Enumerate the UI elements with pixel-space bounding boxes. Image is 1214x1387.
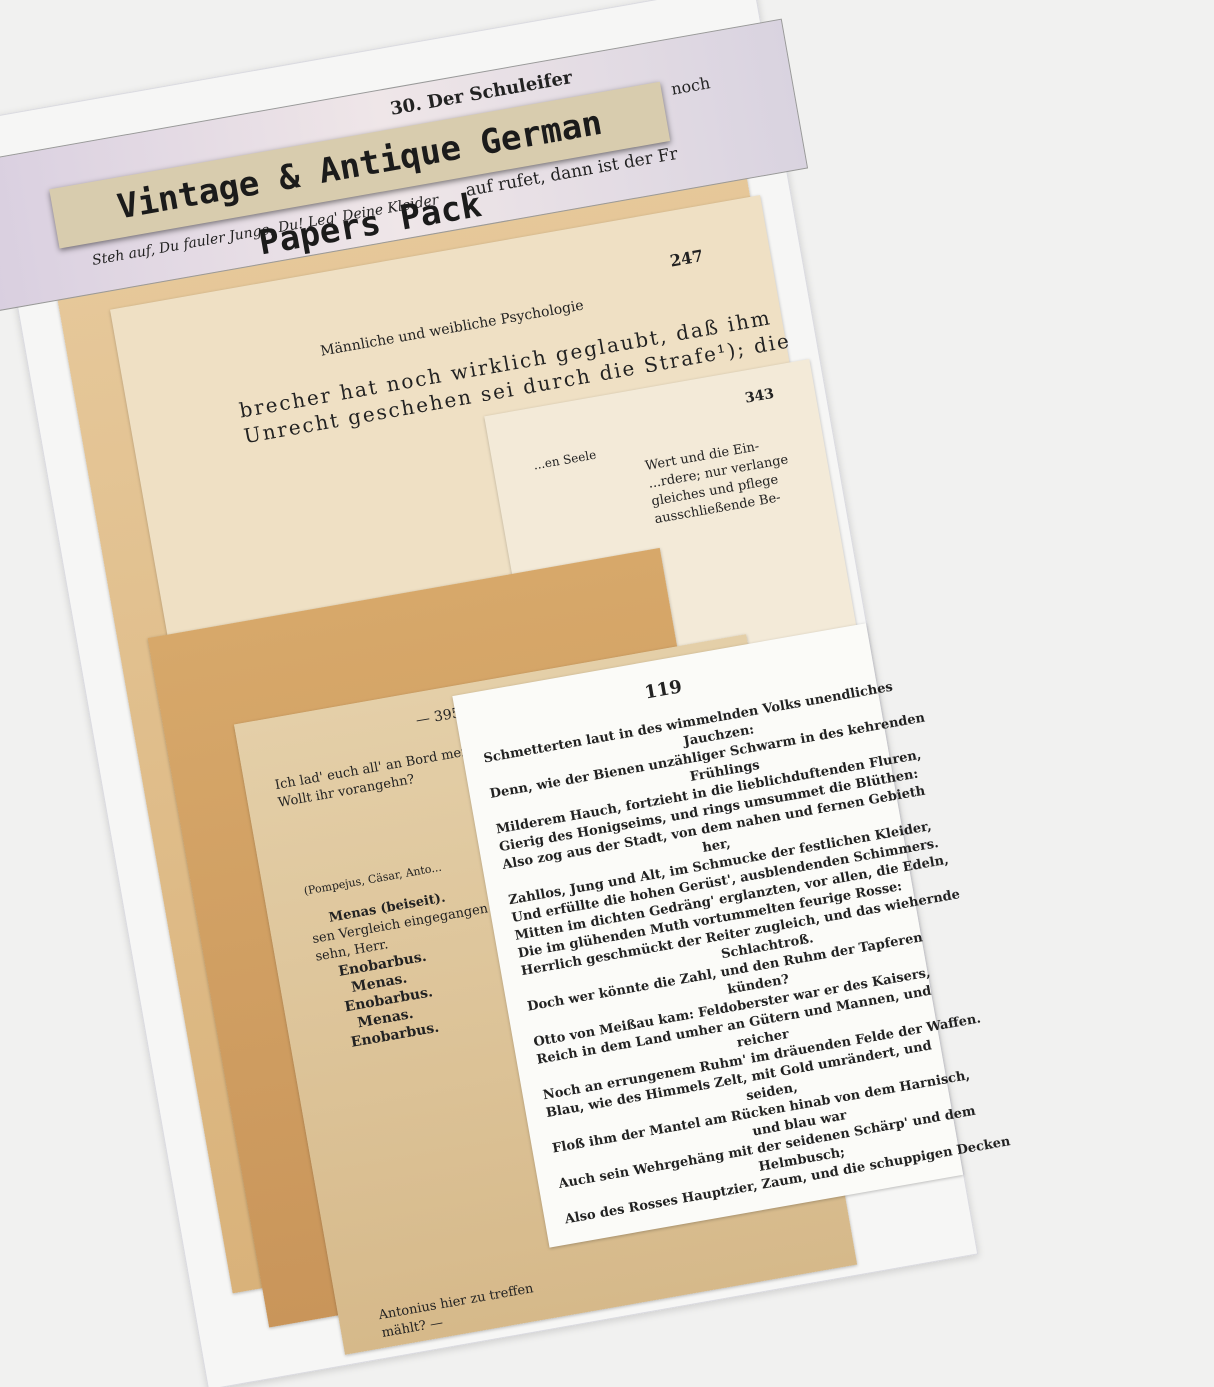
text-line: her, (701, 836, 731, 856)
plastic-bag: 247 Männliche und weibliche Psychologie … (0, 0, 978, 1387)
page-number: 247 (668, 246, 704, 271)
